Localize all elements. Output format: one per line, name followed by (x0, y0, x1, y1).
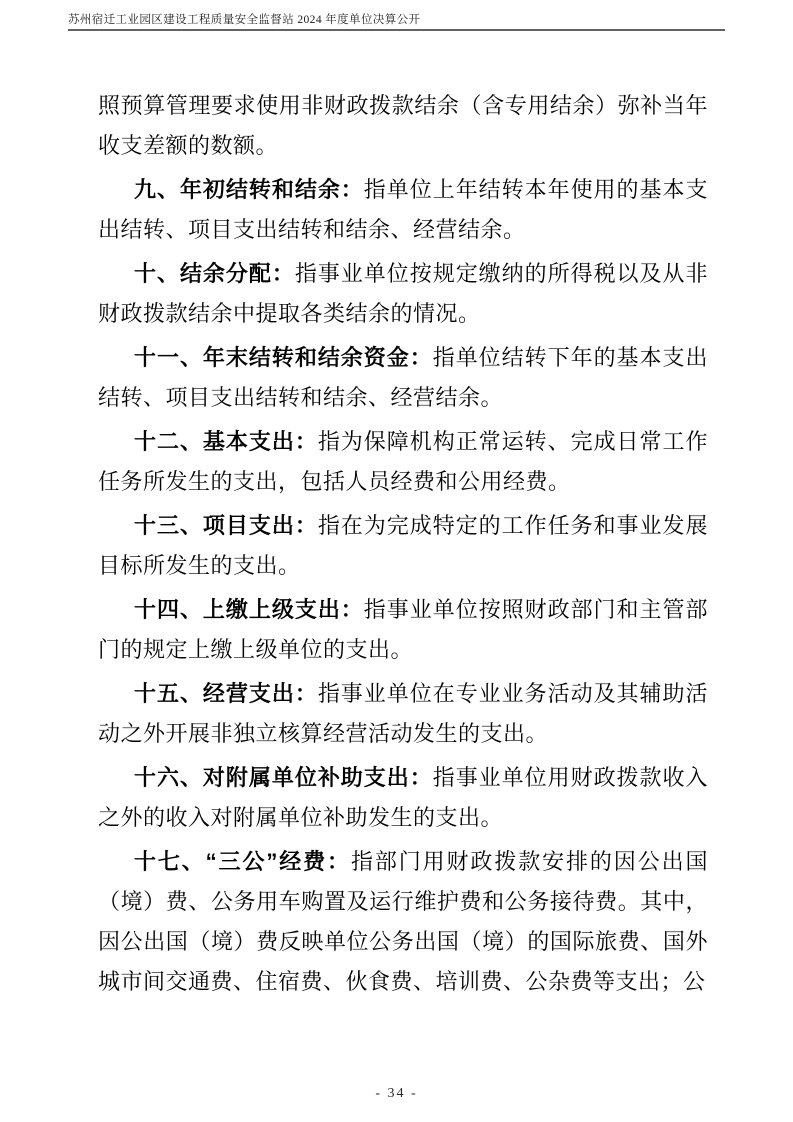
paragraph: 九、年初结转和结余：指单位上年结转本年使用的基本支出结转、项目支出结转和结余、经… (98, 170, 708, 250)
term-label: 十三、项目支出： (134, 513, 318, 538)
paragraph: 十六、对附属单位补助支出：指事业单位用财政拨款收入之外的收入对附属单位补助发生的… (98, 758, 708, 838)
term-label: 十七、“三公”经费： (134, 849, 351, 874)
header-rule (68, 29, 725, 31)
paragraph: 十四、上缴上级支出：指事业单位按照财政部门和主管部门的规定上缴上级单位的支出。 (98, 590, 708, 670)
paragraph: 十一、年末结转和结余资金：指单位结转下年的基本支出结转、项目支出结转和结余、经营… (98, 338, 708, 418)
paragraph: 十三、项目支出：指在为完成特定的工作任务和事业发展目标所发生的支出。 (98, 506, 708, 586)
term-label: 十、结余分配： (134, 261, 295, 286)
page-number: - 34 - (375, 1086, 417, 1101)
term-label: 十一、年末结转和结余资金： (134, 345, 433, 370)
term-label: 十四、上缴上级支出： (134, 597, 364, 622)
page-header: 苏州宿迁工业园区建设工程质量安全监督站 2024 年度单位决算公开 (68, 13, 725, 31)
term-label: 十六、对附属单位补助支出： (134, 765, 433, 790)
paragraph: 十二、基本支出：指为保障机构正常运转、完成日常工作任务所发生的支出，包括人员经费… (98, 422, 708, 502)
paragraph: 照预算管理要求使用非财政拨款结余（含专用结余）弥补当年收支差额的数额。 (98, 86, 708, 166)
term-label: 九、年初结转和结余： (134, 177, 364, 202)
paragraph: 十五、经营支出：指事业单位在专业业务活动及其辅助活动之外开展非独立核算经营活动发… (98, 674, 708, 754)
term-label: 十二、基本支出： (134, 429, 318, 454)
paragraph: 十、结余分配：指事业单位按规定缴纳的所得税以及从非财政拨款结余中提取各类结余的情… (98, 254, 708, 334)
header-title: 苏州宿迁工业园区建设工程质量安全监督站 2024 年度单位决算公开 (68, 13, 725, 27)
paragraph: 十七、“三公”经费：指部门用财政拨款安排的因公出国（境）费、公务用车购置及运行维… (98, 842, 708, 1002)
page-footer: - 34 - (0, 1084, 793, 1102)
document-page: 苏州宿迁工业园区建设工程质量安全监督站 2024 年度单位决算公开 照预算管理要… (0, 0, 793, 1122)
paragraph-text: 照预算管理要求使用非财政拨款结余（含专用结余）弥补当年收支差额的数额。 (98, 93, 708, 158)
term-label: 十五、经营支出： (134, 681, 318, 706)
document-body: 照预算管理要求使用非财政拨款结余（含专用结余）弥补当年收支差额的数额。 九、年初… (98, 86, 708, 1006)
